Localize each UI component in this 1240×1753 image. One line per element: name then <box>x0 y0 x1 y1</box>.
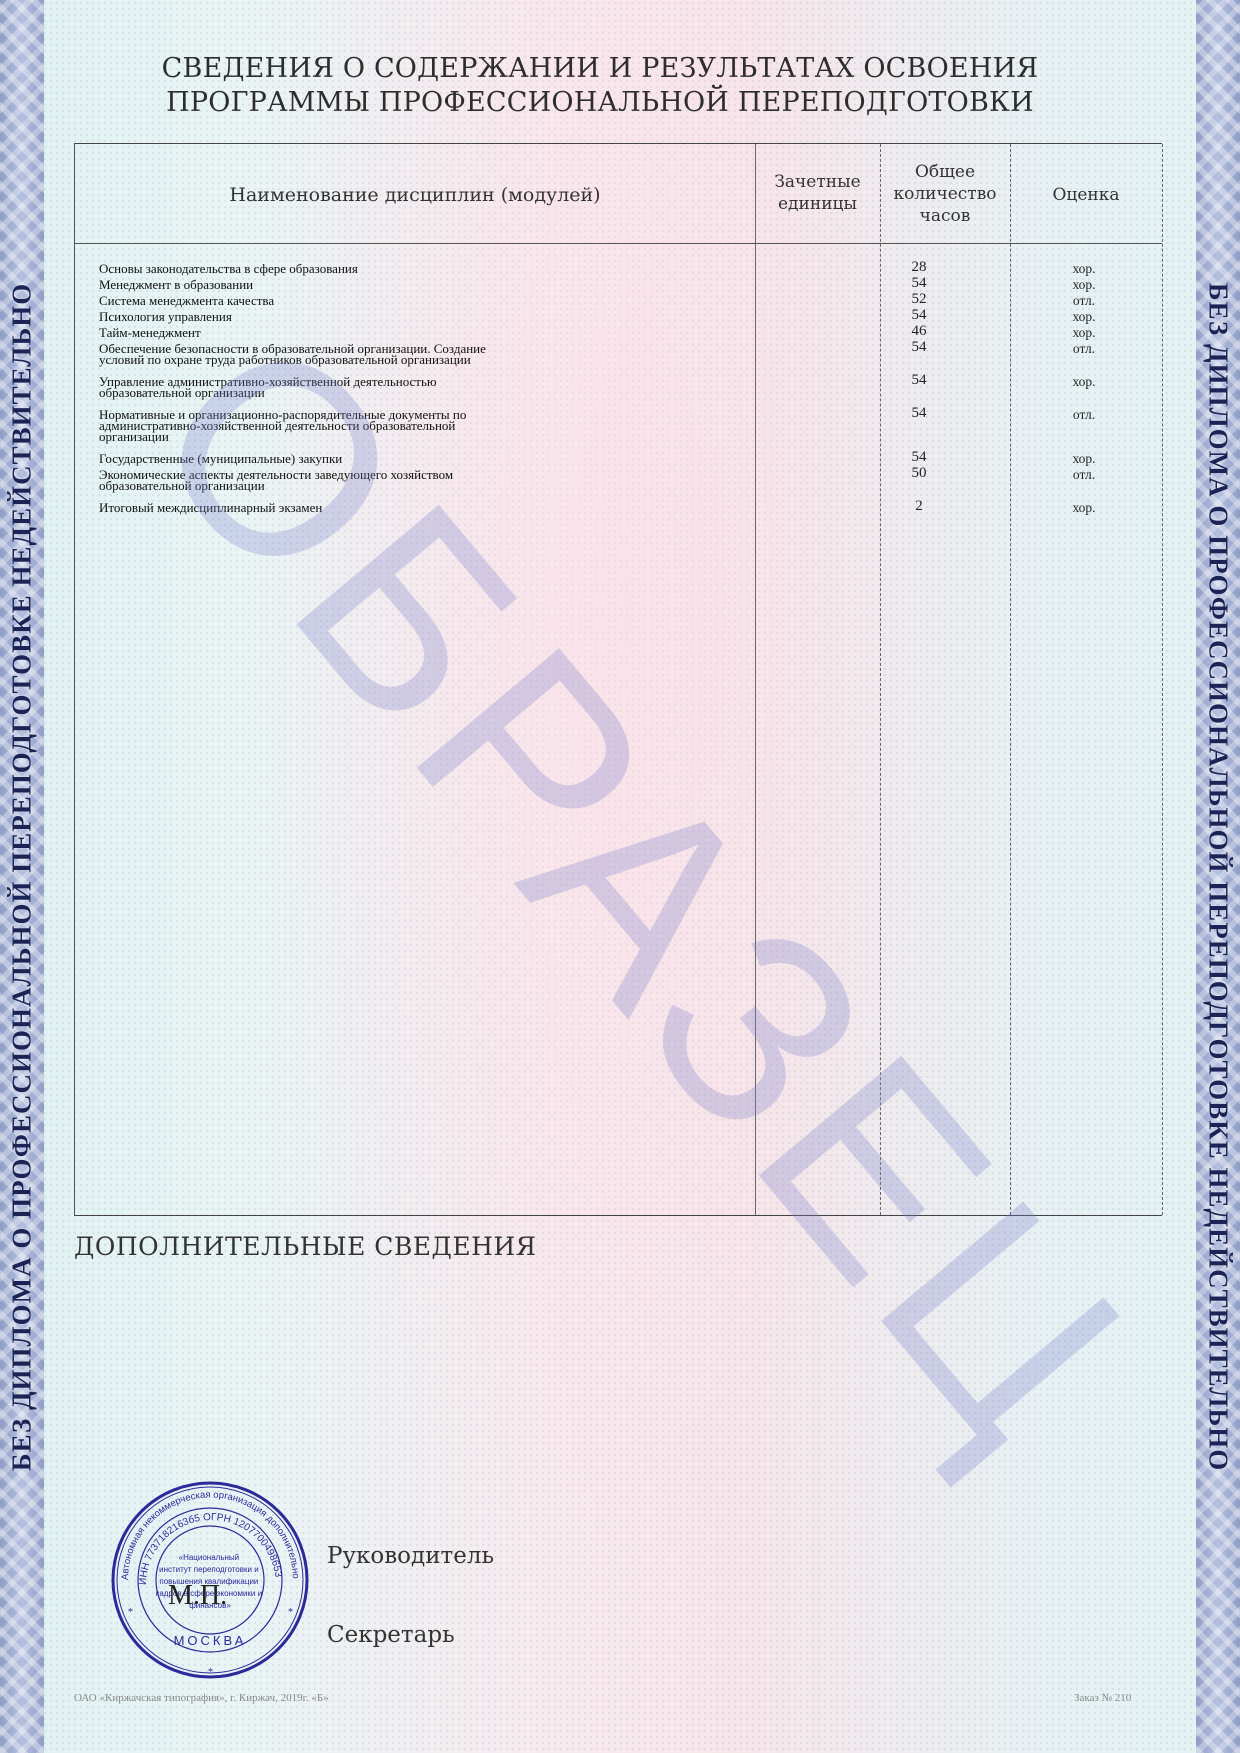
discipline-grade: отл. <box>1054 295 1114 306</box>
left-border-text: БЕЗ ДИПЛОМА О ПРОФЕССИОНАЛЬНОЙ ПЕРЕПОДГО… <box>7 282 38 1470</box>
header-hours-line1: Общее <box>880 161 1010 183</box>
discipline-hours: 46 <box>894 326 944 337</box>
discipline-grade: хор. <box>1054 453 1114 464</box>
discipline-grade: хор. <box>1054 279 1114 290</box>
column-divider <box>1162 144 1163 1215</box>
discipline-hours: 54 <box>894 408 944 419</box>
discipline-grade: хор. <box>1054 376 1114 387</box>
table-row: Психология управления54хор. <box>99 311 1162 327</box>
header-credits-line2: единицы <box>755 193 880 215</box>
discipline-grade: отл. <box>1054 469 1114 480</box>
header-grade: Оценка <box>1010 184 1162 206</box>
discipline-grade: хор. <box>1054 263 1114 274</box>
header-credits-line1: Зачетные <box>755 171 880 193</box>
stamp-inner-text: ИНН 7737182163б5 ОГРН 1207700498653 <box>138 1512 284 1585</box>
header-discipline-name: Наименование дисциплин (модулей) <box>75 184 755 206</box>
header-hours-line2: количество <box>880 183 1010 205</box>
discipline-grade: хор. <box>1054 311 1114 322</box>
header-credits: Зачетные единицы <box>755 171 880 215</box>
discipline-grade: отл. <box>1054 409 1114 420</box>
discipline-name: Менеджмент в образовании <box>99 279 519 290</box>
page-title: СВЕДЕНИЯ О СОДЕРЖАНИИ И РЕЗУЛЬТАТАХ ОСВО… <box>150 52 1050 120</box>
title-line-1: СВЕДЕНИЯ О СОДЕРЖАНИИ И РЕЗУЛЬТАТАХ ОСВО… <box>150 52 1050 86</box>
secretary-signature-label: Секретарь <box>327 1622 455 1648</box>
head-signature-label: Руководитель <box>327 1543 494 1569</box>
discipline-hours: 54 <box>894 310 944 321</box>
discipline-hours: 2 <box>894 501 944 512</box>
table-row: Основы законодательства в сфере образова… <box>99 263 1162 279</box>
header-divider <box>75 243 1162 244</box>
discipline-hours: 54 <box>894 278 944 289</box>
discipline-hours: 54 <box>894 342 944 353</box>
discipline-grade: отл. <box>1054 343 1114 354</box>
right-border-text: БЕЗ ДИПЛОМА О ПРОФЕССИОНАЛЬНОЙ ПЕРЕПОДГО… <box>1203 282 1234 1470</box>
stamp-city: МОСКВА <box>174 1633 247 1648</box>
header-total-hours: Общее количество часов <box>880 161 1010 227</box>
table-row: Система менеджмента качества52отл. <box>99 295 1162 311</box>
order-number: Заказ № 210 <box>1074 1692 1131 1704</box>
discipline-hours: 54 <box>894 375 944 386</box>
title-line-2: ПРОГРАММЫ ПРОФЕССИОНАЛЬНОЙ ПЕРЕПОДГОТОВК… <box>150 86 1050 120</box>
discipline-hours: 54 <box>894 452 944 463</box>
printer-imprint: ОАО «Киржачская типография», г. Киржач, … <box>74 1692 329 1704</box>
left-security-border: БЕЗ ДИПЛОМА О ПРОФЕССИОНАЛЬНОЙ ПЕРЕПОДГО… <box>0 0 44 1753</box>
discipline-hours: 50 <box>894 468 944 479</box>
header-hours-line3: часов <box>880 205 1010 227</box>
additional-info-title: ДОПОЛНИТЕЛЬНЫЕ СВЕДЕНИЯ <box>74 1232 536 1261</box>
star-icon: * <box>208 1667 213 1678</box>
seal-placeholder: М.П. <box>168 1580 227 1612</box>
star-icon: * <box>288 1607 293 1618</box>
star-icon: * <box>128 1607 133 1618</box>
discipline-hours: 28 <box>894 262 944 273</box>
discipline-hours: 52 <box>894 294 944 305</box>
discipline-grade: хор. <box>1054 502 1114 513</box>
discipline-grade: хор. <box>1054 327 1114 338</box>
discipline-name: Основы законодательства в сфере образова… <box>99 263 519 274</box>
right-security-border: БЕЗ ДИПЛОМА О ПРОФЕССИОНАЛЬНОЙ ПЕРЕПОДГО… <box>1196 0 1240 1753</box>
